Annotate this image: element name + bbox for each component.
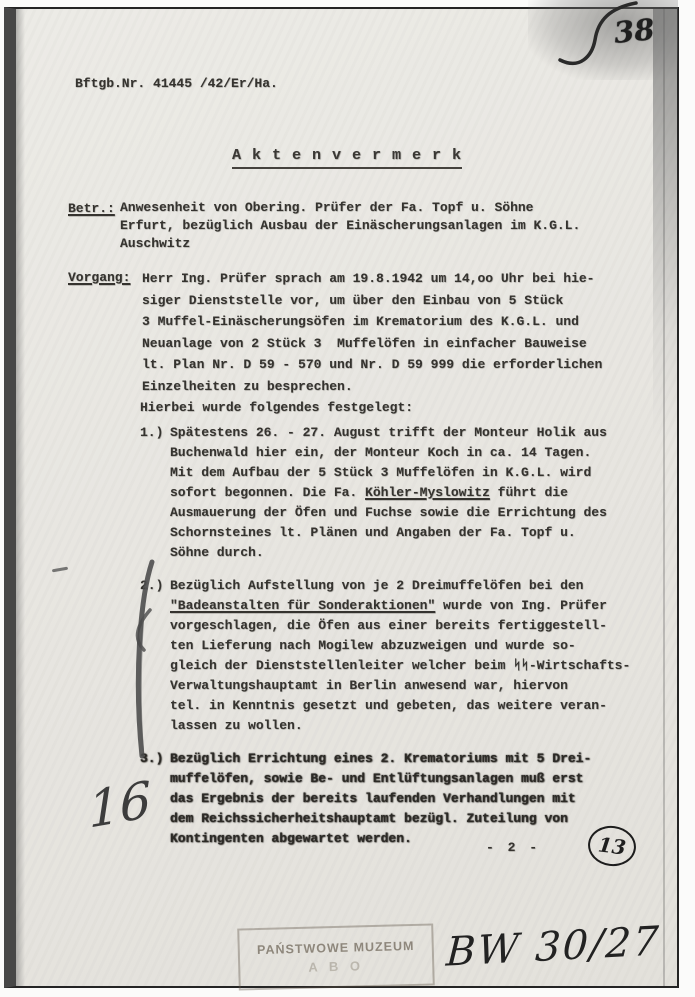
item-2: 2.) Bezüglich Aufstellung von je 2 Dreim… — [140, 576, 650, 736]
handwritten-margin-number: 16 — [87, 770, 152, 840]
numbered-items: 1.) Spätestens 26. - 27. August trifft d… — [140, 423, 650, 862]
item-line-part: führt die — [490, 485, 568, 500]
betreff-line: Anwesenheit von Obering. Prüfer der Fa. … — [120, 199, 580, 217]
betreff-label: Betr.: — [68, 199, 120, 253]
item-line: tel. in Kenntnis gesetzt und gebeten, da… — [170, 696, 630, 716]
item-line: Söhne durch. — [170, 543, 607, 563]
item-line: Mit dem Aufbau der 5 Stück 3 Muffelöfen … — [170, 463, 607, 483]
item-1: 1.) Spätestens 26. - 27. August trifft d… — [140, 423, 650, 563]
vorgang-text: Herr Ing. Prüfer sprach am 19.8.1942 um … — [142, 268, 602, 397]
museum-stamp: PAŃSTWOWE MUZEUM A B O — [237, 923, 435, 990]
betreff-line: Auschwitz — [120, 235, 580, 253]
vorgang-section: Vorgang: Herr Ing. Prüfer sprach am 19.8… — [68, 268, 602, 397]
item-line: muffelöfen, sowie Be- und Entlüftungsanl… — [170, 769, 591, 789]
page-number: - 2 - — [486, 838, 540, 858]
pen-margin-stroke-mark — [116, 558, 170, 762]
circled-number-text: 13 — [597, 832, 628, 859]
item-line: Ausmauerung der Öfen und Fuchse sowie di… — [170, 503, 607, 523]
item-line: Verwaltungshauptamt in Berlin anwesend w… — [170, 676, 630, 696]
item-body: Spätestens 26. - 27. August trifft der M… — [170, 423, 607, 563]
item-line: Schornsteines lt. Plänen und Angaben der… — [170, 523, 607, 543]
item-line: ten Lieferung nach Mogilew abzuzweigen u… — [170, 636, 630, 656]
item-3: 3.) Bezüglich Errichtung eines 2. Kremat… — [140, 749, 650, 849]
item-line: gleich der Dienststellenleiter welcher b… — [170, 656, 630, 676]
vorgang-line: Herr Ing. Prüfer sprach am 19.8.1942 um … — [142, 268, 602, 290]
item-line: "Badeanstalten für Sonderaktionen" wurde… — [170, 596, 630, 616]
vorgang-line: lt. Plan Nr. D 59 - 570 und Nr. D 59 999… — [142, 354, 602, 376]
stamp-line1: PAŃSTWOWE MUZEUM — [257, 938, 415, 956]
vorgang-line: siger Dienststelle vor, um über den Einb… — [142, 290, 602, 312]
festlegung-intro: Hierbei wurde folgendes festgelegt: — [140, 398, 413, 418]
document-title: A k t e n v e r m e r k — [232, 146, 462, 169]
item-line-part: wurde von Ing. Prüfer — [435, 598, 607, 613]
betreff-section: Betr.: Anwesenheit von Obering. Prüfer d… — [68, 199, 580, 253]
vorgang-line: Neuanlage von 2 Stück 3 Muffelöfen in ei… — [142, 333, 602, 355]
betreff-text: Anwesenheit von Obering. Prüfer der Fa. … — [120, 199, 580, 253]
reference-number: Bftgb.Nr. 41445 /42/Er/Ha. — [75, 74, 278, 94]
item-line: Spätestens 26. - 27. August trifft der M… — [170, 423, 607, 443]
item-line: dem Reichssicherheitshauptamt bezügl. Zu… — [170, 809, 591, 829]
item-body: Bezüglich Aufstellung von je 2 Dreimuffe… — [170, 576, 630, 736]
underlined-company-name: Köhler-Myslowitz — [365, 485, 490, 500]
vorgang-line: Einzelheiten zu besprechen. — [142, 376, 602, 398]
item-line: vorgeschlagen, die Öfen aus einer bereit… — [170, 616, 630, 636]
item-line: sofort begonnen. Die Fa. Köhler-Myslowit… — [170, 483, 607, 503]
item-number: 1.) — [140, 423, 170, 563]
left-edge-shadow — [16, 9, 25, 986]
item-line-part: sofort begonnen. Die Fa. — [170, 485, 365, 500]
page-fold-line — [663, 9, 665, 986]
item-line: Bezüglich Aufstellung von je 2 Dreimuffe… — [170, 576, 630, 596]
underlined-phrase: "Badeanstalten für Sonderaktionen" — [170, 598, 435, 613]
handwritten-page-count: 38 — [612, 12, 656, 50]
vorgang-line: 3 Muffel-Einäscherungsöfen im Krematoriu… — [142, 311, 602, 333]
vorgang-label: Vorgang: — [68, 268, 142, 397]
document-scan: Bftgb.Nr. 41445 /42/Er/Ha. A k t e n v e… — [0, 0, 695, 997]
item-line: Bezüglich Errichtung eines 2. Krematoriu… — [170, 749, 591, 769]
item-line: das Ergebnis der bereits laufenden Verha… — [170, 789, 591, 809]
item-line: lassen zu wollen. — [170, 716, 630, 736]
item-body: Bezüglich Errichtung eines 2. Krematoriu… — [170, 749, 591, 849]
stamp-line2: A B O — [308, 958, 364, 974]
item-line: Buchenwald hier ein, der Monteur Koch in… — [170, 443, 607, 463]
betreff-line: Erfurt, bezüglich Ausbau der Einäscherun… — [120, 217, 580, 235]
